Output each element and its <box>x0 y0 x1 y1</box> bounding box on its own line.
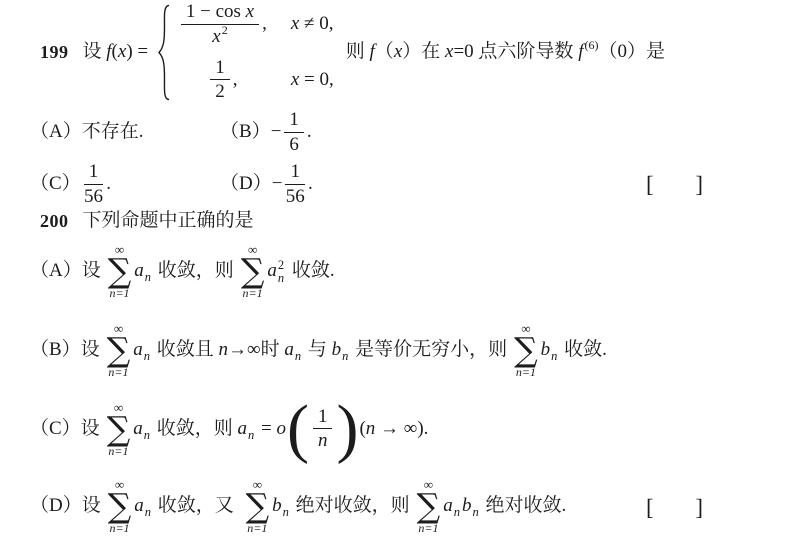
numerator: 1 <box>84 161 104 185</box>
text-run: x <box>291 68 299 92</box>
text-run: ≠ 0, <box>299 12 333 36</box>
fraction: 1n <box>313 406 333 453</box>
option-199-d: （D）−156. <box>220 161 313 208</box>
case-1-condition: x ≠ 0, <box>291 12 334 36</box>
numerator: 1 <box>285 161 305 185</box>
text-run: （B） <box>220 120 271 144</box>
denominator: x2 <box>212 25 227 48</box>
text-run: 收敛且 <box>152 338 219 362</box>
numerator: 1 <box>313 406 333 430</box>
text-run: f <box>578 40 583 64</box>
text-run: 是等价无穷小，则 <box>350 338 507 362</box>
text-run: → ∞). <box>375 417 428 441</box>
sum-lower-limit: n=1 <box>516 366 536 378</box>
text-run: = 0, <box>299 68 333 92</box>
paren-content: 1n <box>310 406 336 453</box>
question-200-option-a: （A）设∞∑n=1an 收敛，则∞∑n=1a2n 收敛. <box>30 243 335 299</box>
text-run: x <box>445 40 453 64</box>
text-run: 绝对收敛，则 <box>291 494 410 518</box>
summation: ∞∑n=1 <box>417 478 441 534</box>
denominator: n <box>318 429 328 452</box>
option-200-b: （B）设∞∑n=1an 收敛且 n→∞时 an 与 bn 是等价无穷小，则∞∑n… <box>30 322 607 378</box>
text-run: − <box>271 120 282 144</box>
exam-page: 199 设 f(x) = 1 − cos xx2, x ≠ 0, 12, x =… <box>0 0 796 551</box>
sigma-icon: ∑ <box>107 415 131 443</box>
summation: ∞∑n=1 <box>241 243 265 299</box>
text-run: 设 <box>83 40 107 64</box>
sigma-icon: ∑ <box>107 336 131 364</box>
text-run: （0）是 <box>598 40 665 64</box>
summation: ∞∑n=1 <box>108 243 132 299</box>
fraction: 1 − cos xx2 <box>181 1 259 48</box>
text-run: n <box>318 430 328 452</box>
fraction: 16 <box>284 109 304 156</box>
text-run: 56 <box>286 186 305 208</box>
superscript: (6) <box>584 39 598 51</box>
sigma-icon: ∑ <box>108 492 132 520</box>
question-199-row: 199 设 f(x) = 1 − cos xx2, x ≠ 0, 12, x =… <box>40 1 665 103</box>
text-run: （ <box>375 40 394 64</box>
text-run: 1 − cos <box>186 1 246 23</box>
fraction: 156 <box>84 161 104 208</box>
text-run: 收敛. <box>287 259 335 283</box>
superscript: 2 <box>222 24 228 36</box>
subscript: n <box>454 506 460 519</box>
option-199-a: （A）不存在. <box>30 120 220 144</box>
option-200-c: （C）设∞∑n=1an 收敛，则 an = o(1n)(n → ∞). <box>30 401 428 457</box>
text-run: b <box>462 494 472 518</box>
text-run: x <box>212 26 220 48</box>
denominator: 2 <box>215 80 225 103</box>
text-run: a <box>267 259 277 283</box>
subscript: n <box>472 506 478 519</box>
text-run: 与 <box>303 338 332 362</box>
sigma-icon: ∑ <box>108 257 132 285</box>
question-199-number: 199 <box>40 41 69 64</box>
text-run: a <box>133 417 143 441</box>
denominator: 56 <box>84 185 103 208</box>
text-run: 收敛，又 <box>153 494 239 518</box>
text-run: b <box>332 338 342 362</box>
text-run: （B）设 <box>30 338 100 362</box>
denominator: 6 <box>289 133 299 156</box>
text-run: . <box>308 172 313 196</box>
text-run: 收敛，则 <box>153 259 234 283</box>
text-run: a <box>238 417 248 441</box>
case-2-condition: x = 0, <box>291 68 334 92</box>
text-run: 56 <box>84 186 103 208</box>
text-run: 1 <box>318 406 328 428</box>
text-run: 1 <box>89 161 99 183</box>
sum-lower-limit: n=1 <box>243 287 263 299</box>
option-200-a: （A）设∞∑n=1an 收敛，则∞∑n=1a2n 收敛. <box>30 243 335 299</box>
denominator: 56 <box>286 185 305 208</box>
text-run: ）在 <box>402 40 445 64</box>
subscript: n <box>295 350 301 363</box>
piecewise-cases: 1 − cos xx2, x ≠ 0, 12, x = 0, <box>178 1 334 103</box>
text-run: 1 <box>289 109 299 131</box>
subscript: n <box>278 272 284 286</box>
text-run: 2 <box>215 81 225 103</box>
text-run: 则 <box>346 40 370 64</box>
text-run: , <box>262 12 267 36</box>
text-run: （A）不存在. <box>30 120 143 144</box>
sum-lower-limit: n=1 <box>418 522 438 534</box>
fraction: 156 <box>285 161 305 208</box>
sum-lower-limit: n=1 <box>109 287 129 299</box>
numerator: 1 <box>210 57 230 81</box>
text-run: a <box>443 494 453 518</box>
answer-bracket-199: [ ] <box>646 172 703 198</box>
text-run: 1 <box>215 57 225 79</box>
summation: ∞∑n=1 <box>514 322 538 378</box>
fraction: 12 <box>210 57 230 104</box>
subscript: n <box>248 429 254 442</box>
answer-bracket-open: [ <box>646 172 654 198</box>
question-200-stem: 200 下列命题中正确的是 <box>40 207 254 235</box>
text-run: =0 <box>453 40 478 64</box>
case-2-value: 12, <box>178 57 267 104</box>
case-1-value: 1 − cos xx2, <box>178 1 267 48</box>
question-200-option-d: （D）设∞∑n=1an 收敛，又 ∞∑n=1bn 绝对收敛，则∞∑n=1anbn… <box>30 477 566 535</box>
answer-bracket-open: [ <box>646 495 654 521</box>
sum-lower-limit: n=1 <box>109 522 129 534</box>
text-run: 时 <box>261 338 285 362</box>
question-199-options-ab: （A）不存在. （B）−16. <box>30 106 312 158</box>
text-run: x <box>394 40 402 64</box>
numerator: 1 − cos x <box>181 1 259 25</box>
text-run: , <box>233 68 238 92</box>
text-run: 收敛. <box>559 338 607 362</box>
summation: ∞∑n=1 <box>107 401 131 457</box>
piecewise-brace-icon <box>156 4 171 101</box>
text-run: = <box>256 417 276 441</box>
text-run: x <box>118 40 126 64</box>
question-199-options-cd: （C）156. （D）−156. <box>30 158 313 210</box>
subscript: n <box>145 506 151 519</box>
summation: ∞∑n=1 <box>108 478 132 534</box>
sigma-icon: ∑ <box>241 257 265 285</box>
question-200-number: 200 <box>40 210 69 233</box>
sum-lower-limit: n=1 <box>108 366 128 378</box>
text-run: n <box>366 417 376 441</box>
text-run: x <box>291 12 299 36</box>
text-run: 6 <box>289 134 299 156</box>
text-run: . <box>106 172 111 196</box>
summation: ∞∑n=1 <box>107 322 131 378</box>
option-199-b: （B）−16. <box>220 109 312 156</box>
sigma-icon: ∑ <box>514 336 538 364</box>
subscript: n <box>283 506 289 519</box>
text-run: 点六阶导数 <box>478 40 578 64</box>
sum-lower-limit: n=1 <box>108 445 128 457</box>
sup-sub-stack: 2n <box>278 259 284 286</box>
text-run: a <box>134 259 144 283</box>
question-199-stem: 199 设 f(x) = 1 − cos xx2, x ≠ 0, 12, x =… <box>40 2 665 102</box>
text-run: − <box>272 172 283 196</box>
text-run: a <box>134 494 144 518</box>
text-run: 收敛，则 <box>152 417 238 441</box>
text-run: x <box>246 1 254 23</box>
answer-bracket-200: [ ] <box>646 495 703 521</box>
subscript: n <box>342 350 348 363</box>
text-run: b <box>541 338 551 362</box>
text-run: →∞ <box>228 338 261 362</box>
text-run: a <box>284 338 294 362</box>
text-run: （C） <box>30 172 81 196</box>
option-199-c: （C）156. <box>30 161 220 208</box>
question-200-option-c: （C）设∞∑n=1an 收敛，则 an = o(1n)(n → ∞). <box>30 394 428 464</box>
text-run: ) = <box>126 40 153 64</box>
text-run: o <box>276 417 286 441</box>
answer-bracket-close: ] <box>695 172 703 198</box>
sigma-icon: ∑ <box>246 492 270 520</box>
sigma-icon: ∑ <box>417 492 441 520</box>
sum-lower-limit: n=1 <box>247 522 267 534</box>
question-200-option-b: （B）设∞∑n=1an 收敛且 n→∞时 an 与 bn 是等价无穷小，则∞∑n… <box>30 320 607 380</box>
subscript: n <box>144 429 150 442</box>
text-run: a <box>133 338 143 362</box>
subscript: n <box>145 271 151 284</box>
text-run: （D） <box>220 172 272 196</box>
numerator: 1 <box>284 109 304 133</box>
question-200-row: 200 下列命题中正确的是 <box>40 209 254 233</box>
subscript: n <box>144 350 150 363</box>
text-run: （C）设 <box>30 417 100 441</box>
text-run: 绝对收敛. <box>481 494 567 518</box>
text-run: b <box>272 494 282 518</box>
text-run: （A）设 <box>30 259 101 283</box>
text-run: 下列命题中正确的是 <box>83 209 254 233</box>
subscript: n <box>551 350 557 363</box>
text-run: （D）设 <box>30 494 101 518</box>
text-run: 1 <box>290 161 300 183</box>
superscript: 2 <box>278 259 284 273</box>
option-200-d: （D）设∞∑n=1an 收敛，又 ∞∑n=1bn 绝对收敛，则∞∑n=1anbn… <box>30 478 566 534</box>
text-run: . <box>307 120 312 144</box>
answer-bracket-close: ] <box>695 495 703 521</box>
text-run: n <box>219 338 229 362</box>
summation: ∞∑n=1 <box>246 478 270 534</box>
